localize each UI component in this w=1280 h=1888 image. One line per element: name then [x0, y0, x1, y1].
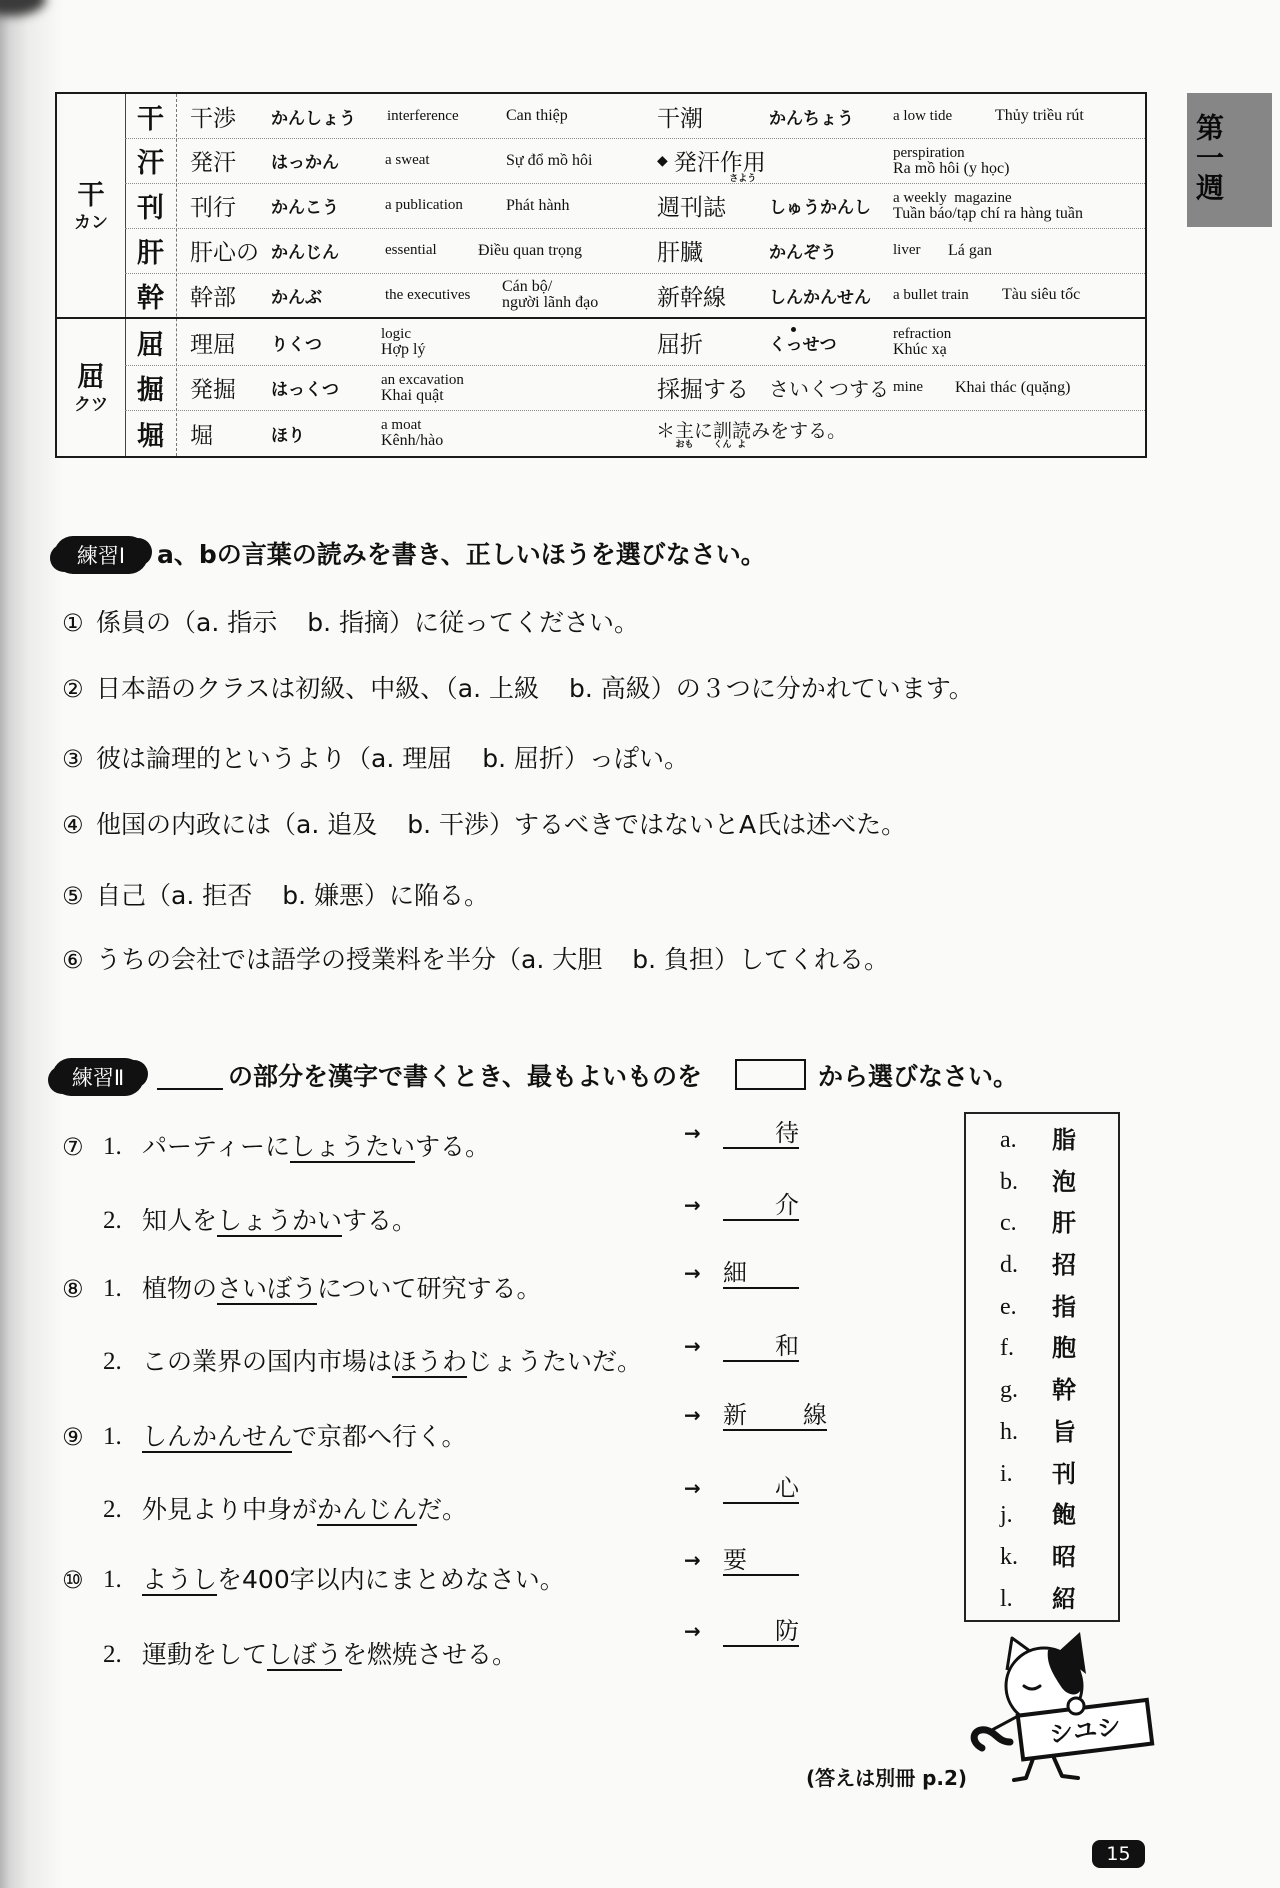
sentence-text: 知人を: [142, 1206, 217, 1235]
underlined-word: ようし: [142, 1565, 217, 1596]
item-text: 他国の内政には（: [96, 810, 296, 839]
underlined-word: かんじん: [317, 1495, 417, 1526]
word: 理屈: [190, 319, 236, 365]
table-row: 堀 堀 ほり a moat Kênh/hào ＊ 主 おも に 訓 くん 読: [57, 410, 1145, 456]
reading-with-emphasis-dot: くっせつ: [769, 330, 837, 355]
item-sentence: 知人をしょうかいする。: [142, 1203, 417, 1239]
answer-blank[interactable]: 要: [723, 1544, 799, 1576]
answer-blank[interactable]: 細: [723, 1257, 799, 1289]
option-b[interactable]: b. 嫌悪: [282, 881, 364, 910]
choice-letter: j.: [1000, 1495, 1026, 1537]
ruby-base: 読: [732, 420, 751, 442]
item-group-number: ⑨: [62, 1419, 84, 1455]
vietnamese-meaning: Tuần báo/tạp chí ra hàng tuần: [893, 206, 1083, 222]
textbook-page: 第一週 干 カン 屈 クツ 干 干渉 かんしょう interference Ca…: [0, 0, 1280, 1888]
sub-item-number: 2.: [103, 1492, 122, 1528]
exercise1-badge-label: 練習Ⅰ: [77, 540, 125, 570]
reading: かんちょう: [769, 94, 854, 138]
item-group-number: ⑧: [62, 1271, 84, 1307]
ruby-text: おも: [675, 440, 694, 450]
english-meaning: interference: [387, 94, 459, 138]
choice-item[interactable]: k.昭: [966, 1537, 1118, 1579]
row-kanji: 屈: [125, 319, 176, 365]
exercise2-item: ⑩ 1. ようしを400字以内にまとめなさい。: [0, 1562, 680, 1598]
english-meaning: an excavation: [381, 372, 464, 388]
cat-holding-sign-icon: シユシ: [962, 1630, 1157, 1790]
item-number: ⑥: [62, 942, 96, 978]
item-sentence: パーティーにしょうたいする。: [142, 1129, 490, 1165]
item-text: ）するべきではないとA氏は述べた。: [489, 810, 906, 839]
arrow-icon: →: [684, 1334, 701, 1358]
exercise1-badge: 練習Ⅰ: [54, 536, 148, 574]
option-b[interactable]: b. 干渉: [407, 810, 489, 839]
item-sentence: 外見より中身がかんじんだ。: [142, 1492, 467, 1528]
arrow-icon: →: [684, 1261, 701, 1285]
answer-right: 和: [775, 1332, 799, 1360]
word: 干潮: [657, 94, 703, 138]
sentence-text: 運動をして: [142, 1640, 267, 1669]
english-meaning: the executives: [385, 273, 470, 317]
ruby-base: 作用: [720, 150, 766, 176]
item-text: ）に陥る。: [364, 881, 489, 910]
word: 堀: [190, 410, 213, 456]
english-meaning: a sweat: [385, 138, 430, 183]
exercise1-item: ③彼は論理的というより（a. 理屈b. 屈折）っぽい。: [62, 741, 689, 777]
arrow-icon: →: [684, 1403, 701, 1427]
choice-kanji: 旨: [1052, 1412, 1076, 1454]
ruby-text: くん: [713, 440, 732, 450]
exercise2-badge: 練習Ⅱ: [52, 1058, 144, 1096]
english-meaning: a publication: [385, 183, 463, 228]
item-number: ③: [62, 741, 96, 777]
answer-right: 防: [775, 1617, 799, 1645]
vietnamese-meaning: Điều quan trọng: [478, 228, 582, 273]
answer-blank[interactable]: 心: [723, 1472, 799, 1504]
answer-left: 細: [723, 1259, 747, 1287]
item-text: ）の３つに分かれています。: [651, 674, 974, 703]
vietnamese-meaning: Hợp lý: [381, 342, 425, 358]
table-row: 刊 刊行 かんこう a publication Phát hành 週刊誌 しゅ…: [57, 183, 1145, 228]
item-text: ）に従ってください。: [389, 608, 639, 637]
sentence-text: パーティーに: [142, 1132, 290, 1161]
choice-letter: k.: [1000, 1537, 1026, 1579]
item-text: ）っぽい。: [564, 744, 689, 773]
table-row: 掘 発掘 はっくつ an excavation Khai quật 採掘する さ…: [57, 365, 1145, 410]
ruby-text: よ: [732, 440, 751, 450]
sentence-text: だ。: [417, 1495, 467, 1524]
option-b[interactable]: b. 屈折: [482, 744, 564, 773]
word: 発汗: [190, 138, 236, 183]
choice-item[interactable]: b.泡: [966, 1162, 1118, 1204]
vietnamese-meaning: Kênh/hào: [381, 433, 443, 449]
reading: かんぞう: [769, 228, 837, 273]
sub-item-number: 1.: [103, 1271, 122, 1307]
answer-right: 線: [803, 1401, 827, 1429]
vietnamese-meaning-line: người lãnh đạo: [502, 295, 598, 311]
item-text: 係員の（: [96, 608, 196, 637]
reading: はっかん: [271, 138, 339, 183]
choice-letter: h.: [1000, 1412, 1026, 1454]
sentence-text: 外見より中身が: [142, 1495, 317, 1524]
instruction-underline-sample: [157, 1088, 223, 1090]
sentence-text: について研究する。: [317, 1274, 542, 1303]
note-text: みをする。: [751, 416, 846, 443]
vietnamese-meaning: Ra mồ hôi (y học): [893, 161, 1009, 177]
exercise2-item: 2. 運動をしてしぼうを燃焼させる。: [0, 1637, 680, 1673]
answer-left: 要: [723, 1546, 747, 1574]
vietnamese-meaning: Khai thác (quặng): [955, 365, 1071, 410]
word: 肝心の: [190, 228, 259, 273]
underlined-word: しょうたい: [290, 1132, 415, 1163]
exercise1-item: ②日本語のクラスは初級、中級、（a. 上級b. 高級）の３つに分かれています。: [62, 671, 974, 707]
exercise2-item: 2. 外見より中身がかんじんだ。: [0, 1492, 680, 1528]
vietnamese-meaning: Lá gan: [948, 228, 992, 273]
row-kanji: 堀: [125, 410, 176, 456]
choice-kanji: 胞: [1052, 1328, 1076, 1370]
item-text: うちの会社では語学の授業料を半分（: [96, 945, 521, 974]
english-meaning: a moat: [381, 417, 421, 433]
vietnamese-meaning: Tàu siêu tốc: [1002, 273, 1080, 317]
sub-item-number: 2.: [103, 1637, 122, 1673]
choice-item[interactable]: j.飽: [966, 1495, 1118, 1537]
exercise2-badge-label: 練習Ⅱ: [72, 1062, 124, 1092]
choice-item[interactable]: d.招: [966, 1245, 1118, 1287]
sentence-text: を燃焼させる。: [342, 1640, 517, 1669]
instruction-box-sample: [735, 1059, 806, 1090]
option-a[interactable]: a. 大胆: [521, 945, 602, 974]
item-group-number: ⑦: [62, 1129, 84, 1165]
choice-kanji: 飽: [1052, 1495, 1076, 1537]
exercise2-item: ⑧ 1. 植物のさいぼうについて研究する。: [0, 1271, 680, 1307]
answer-blank[interactable]: 新線: [723, 1399, 827, 1431]
choice-letter: e.: [1000, 1287, 1026, 1329]
row-kanji: 汗: [125, 138, 176, 183]
word: 週刊誌: [657, 183, 726, 228]
answer-blank[interactable]: 防: [723, 1615, 799, 1647]
underlined-word: ほうわ: [392, 1347, 467, 1378]
choice-kanji: 脂: [1052, 1120, 1076, 1162]
arrow-icon: →: [684, 1619, 701, 1643]
english-meaning: a weekly magazine: [893, 190, 1012, 206]
sentence-text: 植物の: [142, 1274, 217, 1303]
item-text: 彼は論理的というより（: [96, 744, 371, 773]
table-row: 汗 発汗 はっかん a sweat Sự đổ mồ hôi ◆ 発汗 作用 さ…: [57, 138, 1145, 183]
choice-letter: d.: [1000, 1245, 1026, 1287]
arrow-icon: →: [684, 1476, 701, 1500]
choice-kanji: 昭: [1052, 1537, 1076, 1579]
arrow-icon: →: [684, 1193, 701, 1217]
sentence-text: を400字以内にまとめなさい。: [217, 1565, 565, 1594]
reading: かんじん: [271, 228, 339, 273]
choice-item[interactable]: c.肝: [966, 1203, 1118, 1245]
arrow-icon: →: [684, 1548, 701, 1572]
reading: かんこう: [271, 183, 339, 228]
meaning-stack: a weekly magazine Tuần báo/tạp chí ra hà…: [893, 183, 1083, 228]
vietnamese-meaning: Phát hành: [506, 183, 570, 228]
chapter-tab-label: 第一週: [1193, 113, 1223, 203]
word: 干渉: [190, 94, 236, 138]
asterisk-icon: ＊: [656, 416, 675, 443]
note-text: に: [694, 416, 713, 443]
reading: さいくつする: [769, 365, 889, 410]
choice-item[interactable]: e.指: [966, 1287, 1118, 1329]
row-kanji: 刊: [125, 183, 176, 228]
reading: はっくつ: [271, 365, 339, 410]
exercise1-item: ⑤自己（a. 拒否b. 嫌悪）に陥る。: [62, 878, 489, 914]
english-meaning: refraction: [893, 326, 951, 342]
word: 発掘: [190, 365, 236, 410]
choice-kanji: 泡: [1052, 1162, 1076, 1204]
page-number-label: 15: [1106, 1843, 1130, 1865]
answer-blank[interactable]: 介: [723, 1189, 799, 1221]
ruby-word: 読 よ: [732, 416, 751, 443]
exercise1-item: ①係員の（a. 指示b. 指摘）に従ってください。: [62, 605, 639, 641]
item-sentence: ようしを400字以内にまとめなさい。: [142, 1562, 565, 1598]
reading: かんしょう: [271, 94, 356, 138]
choice-kanji: 幹: [1052, 1370, 1076, 1412]
vietnamese-meaning-stack: Cán bộ/ người lãnh đạo: [502, 273, 598, 317]
choice-letter: i.: [1000, 1454, 1026, 1496]
reading: りくつ: [271, 319, 322, 365]
choice-letter: c.: [1000, 1203, 1026, 1245]
word: 屈折: [657, 319, 703, 365]
table-row: 屈 理屈 りくつ logic Hợp lý 屈折 くっせつ refraction…: [57, 319, 1145, 365]
choice-item[interactable]: h.旨: [966, 1412, 1118, 1454]
answer-right: 心: [775, 1474, 799, 1502]
item-number: ⑤: [62, 878, 96, 914]
row-kanji: 掘: [125, 365, 176, 410]
kanji-table: 干 カン 屈 クツ 干 干渉 かんしょう interference Can th…: [55, 92, 1147, 458]
reading: ほり: [271, 410, 305, 456]
choice-item[interactable]: g.幹: [966, 1370, 1118, 1412]
reading: かんぶ: [271, 273, 322, 317]
word-with-ruby: ◆ 発汗 作用 さよう: [657, 138, 766, 183]
english-meaning: logic: [381, 326, 411, 342]
answer-reference-note: (答えは別冊 p.2): [806, 1762, 967, 1791]
choice-item[interactable]: f.胞: [966, 1328, 1118, 1370]
vietnamese-meaning: Sự đổ mồ hôi: [506, 138, 592, 183]
choice-kanji: 刊: [1052, 1454, 1076, 1496]
table-row: 肝 肝心の かんじん essential Điều quan trọng 肝臓 …: [57, 228, 1145, 273]
word: 刊行: [190, 183, 236, 228]
answer-blank[interactable]: 待: [723, 1117, 799, 1149]
ruby-word: 作用 さよう: [720, 144, 766, 177]
exercise1-item: ④他国の内政には（a. 追及b. 干渉）するべきではないとA氏は述べた。: [62, 807, 906, 843]
english-meaning: a low tide: [893, 94, 952, 138]
underlined-word: しぼう: [267, 1640, 342, 1671]
exercise2-item: 2. 知人をしょうかいする。: [0, 1203, 680, 1239]
option-b[interactable]: b. 高級: [569, 674, 651, 703]
underlined-word: しょうかい: [217, 1206, 342, 1237]
row-kanji: 幹: [125, 273, 176, 317]
ruby-word: 訓 くん: [713, 416, 732, 443]
item-number: ④: [62, 807, 96, 843]
meaning-stack: logic Hợp lý: [381, 319, 425, 365]
choice-item[interactable]: a.脂: [966, 1120, 1118, 1162]
underlined-word: しんかんせん: [142, 1422, 292, 1453]
sub-item-number: 1.: [103, 1129, 122, 1165]
word: 幹部: [190, 273, 236, 317]
meaning-stack: a moat Kênh/hào: [381, 410, 443, 456]
option-b[interactable]: b. 負担: [632, 945, 714, 974]
word: 採掘する: [657, 365, 749, 410]
ruby-base: 主: [675, 420, 694, 442]
underlined-word: さいぼう: [217, 1274, 317, 1305]
reading: しゅうかんし: [769, 183, 871, 228]
ruby-word: 主 おも: [675, 416, 694, 443]
english-meaning: essential: [385, 228, 437, 273]
item-group-number: ⑩: [62, 1562, 84, 1598]
page-number: 15: [1092, 1840, 1145, 1868]
kun-reading-note: ＊ 主 おも に 訓 くん 読 よ みをする。: [656, 406, 846, 452]
item-sentence: しんかんせんで京都へ行く。: [142, 1419, 467, 1455]
vietnamese-meaning: Can thiệp: [506, 94, 568, 138]
sentence-text: する。: [415, 1132, 490, 1161]
sub-item-number: 1.: [103, 1562, 122, 1598]
row-kanji: 肝: [125, 228, 176, 273]
choice-letter: g.: [1000, 1370, 1026, 1412]
sentence-text: この業界の国内市場は: [142, 1347, 392, 1376]
choice-kanji: 招: [1052, 1245, 1076, 1287]
answer-blank[interactable]: 和: [723, 1330, 799, 1362]
option-a[interactable]: a. 指示: [196, 608, 277, 637]
english-meaning: mine: [893, 365, 923, 410]
choice-kanji: 肝: [1052, 1203, 1076, 1245]
choice-kanji: 指: [1052, 1287, 1076, 1329]
choice-kanji: 紹: [1052, 1579, 1076, 1621]
word: 新幹線: [657, 273, 726, 317]
arrow-icon: →: [684, 1121, 701, 1145]
option-a[interactable]: a. 上級: [458, 674, 539, 703]
vietnamese-meaning-line: Cán bộ/: [502, 279, 552, 295]
item-number: ①: [62, 605, 96, 641]
exercise1-instruction: a、bの言葉の読みを書き、正しいほうを選びなさい。: [157, 537, 766, 573]
answer-right: 介: [775, 1191, 799, 1219]
choice-letter: a.: [1000, 1120, 1026, 1162]
word: 肝臓: [657, 228, 703, 273]
answer-left: 新: [723, 1401, 747, 1429]
item-sentence: 運動をしてしぼうを燃焼させる。: [142, 1637, 517, 1673]
exercise2-item: 2. この業界の国内市場はほうわじょうたいだ。: [0, 1344, 680, 1380]
diamond-bullet-icon: ◆: [657, 153, 668, 169]
sentence-text: で京都へ行く。: [292, 1422, 467, 1451]
table-row: 干 干渉 かんしょう interference Can thiệp 干潮 かんち…: [57, 94, 1145, 138]
ruby-base: 訓: [713, 420, 732, 442]
exercise2-item: ⑨ 1. しんかんせんで京都へ行く。: [0, 1419, 680, 1455]
exercise2-item: ⑦ 1. パーティーにしょうたいする。: [0, 1129, 680, 1165]
item-text: 日本語のクラスは初級、中級、（: [96, 674, 458, 703]
exercise2-instruction-part1: の部分を漢字で書くとき、最もよいものを: [228, 1059, 702, 1095]
option-b[interactable]: b. 指摘: [307, 608, 389, 637]
vietnamese-meaning: Khai quật: [381, 388, 444, 404]
item-number: ②: [62, 671, 96, 707]
choice-item[interactable]: i.刊: [966, 1454, 1118, 1496]
table-row: 幹 幹部 かんぶ the executives Cán bộ/ người lã…: [57, 273, 1145, 317]
choice-item[interactable]: l.紹: [966, 1579, 1118, 1621]
english-meaning: perspiration: [893, 145, 965, 161]
sub-item-number: 2.: [103, 1344, 122, 1380]
row-kanji: 干: [125, 94, 176, 138]
choice-letter: b.: [1000, 1162, 1026, 1204]
item-text: 自己（: [96, 881, 171, 910]
sentence-text: する。: [342, 1206, 417, 1235]
item-text: ）してくれる。: [714, 945, 889, 974]
item-sentence: 植物のさいぼうについて研究する。: [142, 1271, 542, 1307]
choice-letter: f.: [1000, 1328, 1026, 1370]
meaning-stack: refraction Khúc xạ: [893, 319, 951, 365]
meaning-stack: perspiration Ra mồ hôi (y học): [893, 138, 1009, 183]
item-sentence: この業界の国内市場はほうわじょうたいだ。: [142, 1344, 642, 1380]
meaning-stack: an excavation Khai quật: [381, 365, 464, 410]
exercise2-instruction-part2: から選びなさい。: [818, 1059, 1018, 1095]
kanji-choice-box: a.脂 b.泡 c.肝 d.招 e.指 f.胞 g.幹 h.旨 i.刊 j.飽 …: [964, 1112, 1120, 1622]
sentence-text: じょうたいだ。: [467, 1347, 642, 1376]
word-base: 発汗: [674, 144, 720, 177]
reading: くっせつ: [769, 319, 837, 365]
sub-item-number: 2.: [103, 1203, 122, 1239]
answer-right: 待: [775, 1119, 799, 1147]
reading: しんかんせん: [769, 273, 871, 317]
english-meaning: liver: [893, 228, 921, 273]
option-a[interactable]: a. 理屈: [371, 744, 452, 773]
english-meaning: a bullet train: [893, 273, 969, 317]
vietnamese-meaning: Khúc xạ: [893, 342, 947, 358]
vietnamese-meaning: Thủy triều rút: [995, 94, 1084, 138]
option-a[interactable]: a. 追及: [296, 810, 377, 839]
exercise1-item: ⑥うちの会社では語学の授業料を半分（a. 大胆b. 負担）してくれる。: [62, 942, 889, 978]
choice-letter: l.: [1000, 1579, 1026, 1621]
option-a[interactable]: a. 拒否: [171, 881, 252, 910]
sub-item-number: 1.: [103, 1419, 122, 1455]
chapter-tab: 第一週: [1187, 93, 1272, 227]
